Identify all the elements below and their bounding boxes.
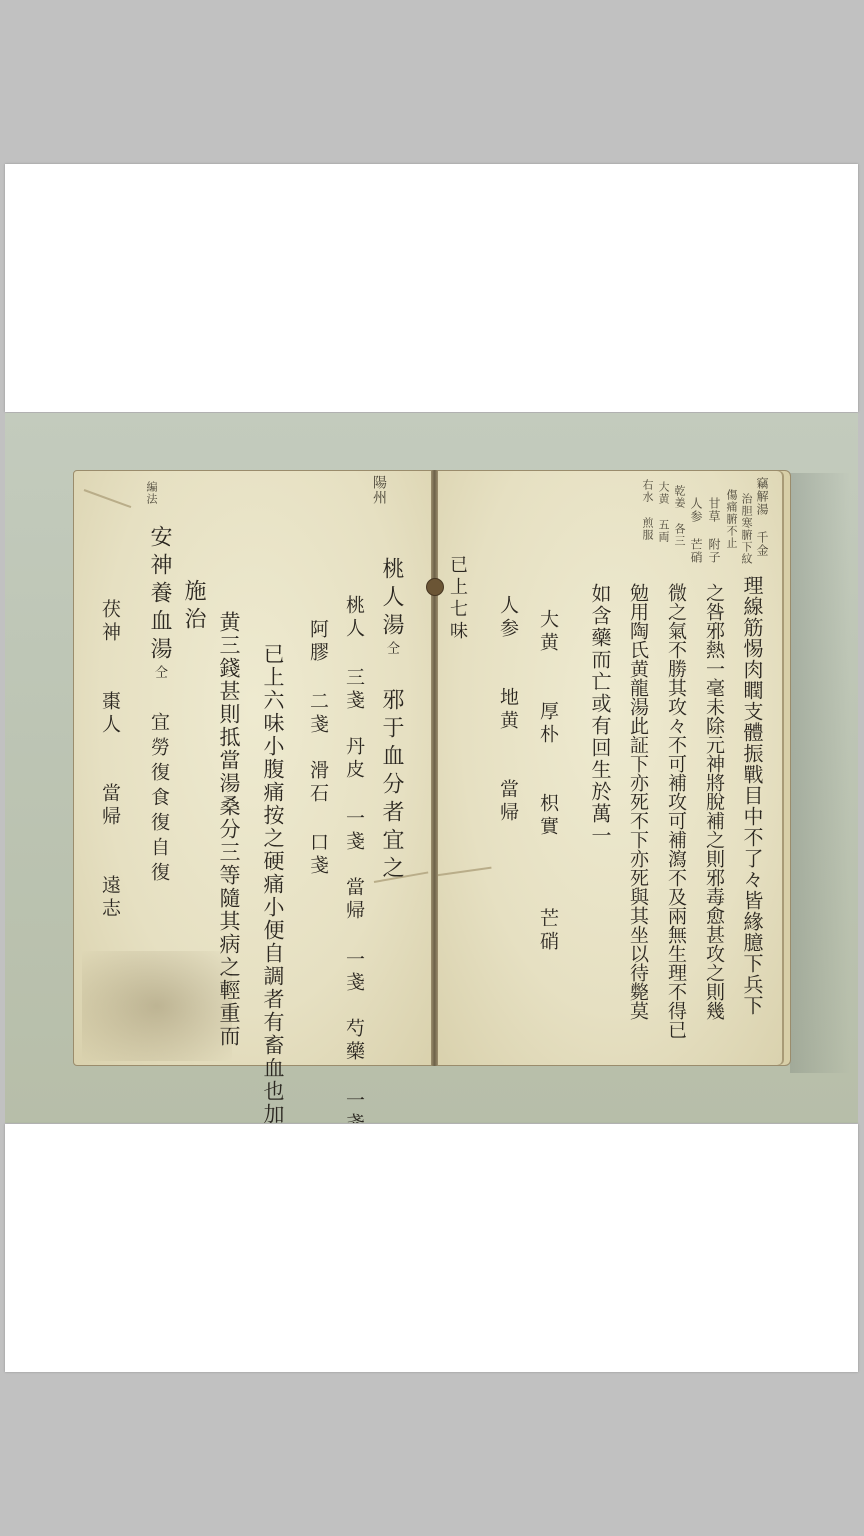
dosage-item: 阿膠 二戔 [307, 619, 329, 737]
ingredient: 芒硝 [537, 908, 559, 954]
ingredient: 地黄 [497, 687, 519, 733]
text-column-2: 之咎邪熱一毫未除元神將脫補之則邪毒愈甚攻之則幾 [704, 583, 723, 1020]
dosage-item: 滑石 口戔 [307, 760, 329, 878]
header-note: 甘草 附子 [708, 497, 720, 564]
paper-tear [432, 867, 492, 877]
left-page: 編法 陽州 桃人湯仝 邪于血分者宜之 桃人 三戔 丹皮 一戔 當帰 一戔 芍藥 … [73, 470, 435, 1066]
binding-thread-knot [426, 578, 444, 596]
ingredient: 遠志 [99, 875, 121, 921]
book-spine [431, 470, 438, 1066]
ingredient: 大黄 [537, 609, 559, 655]
dosage-item: 芍藥 一戔 [343, 1018, 365, 1123]
ingredient: 當帰 [99, 783, 121, 829]
open-book: 編法 陽州 桃人湯仝 邪于血分者宜之 桃人 三戔 丹皮 一戔 當帰 一戔 芍藥 … [73, 470, 793, 1070]
ingredient-column-1: 大黄 厚朴 枳實 芒硝 [538, 609, 557, 954]
section-label: 施治 [182, 579, 204, 635]
ingredient: 枳實 [537, 793, 559, 839]
ingredient: 棗人 [99, 691, 121, 737]
age-stain [82, 951, 232, 1061]
header-note: 右水 煎服 [642, 479, 653, 541]
dosage-column-1: 桃人 三戔 丹皮 一戔 當帰 一戔 芍藥 一戔 [344, 595, 363, 1123]
recipe2-source: 仝 [152, 665, 167, 684]
right-page: 竊解湯 千金 治胆寒腑下紋 傷痛腑不止 甘草 附子 人参 芒硝 乾姜 各三 大黄… [435, 470, 791, 1066]
header-note: 乾姜 各三 [674, 485, 685, 547]
header-note: 竊解湯 千金 [756, 477, 768, 557]
ingredients2-column: 茯神 棗人 當帰 遠志 [100, 599, 119, 921]
manuscript-photo: 編法 陽州 桃人湯仝 邪于血分者宜之 桃人 三戔 丹皮 一戔 當帰 一戔 芍藥 … [5, 413, 858, 1123]
blank-page-bottom [5, 1124, 858, 1372]
dosage-column-2: 阿膠 二戔 滑石 口戔 [308, 619, 327, 878]
text-column-5: 如含藥而亡或有回生於萬一 [590, 583, 610, 847]
ingredient: 當帰 [497, 779, 519, 825]
recipe-title: 桃人湯 [379, 557, 404, 641]
recipe-source: 仝 [384, 641, 399, 660]
recipe2-column: 安神養血湯仝 宜勞復食復自復 [148, 525, 170, 887]
paper-tear [84, 489, 132, 508]
text-column-3: 微之氣不勝其攻々不可補攻可補瀉不及兩無生理不得已 [666, 583, 685, 1039]
ingredient: 茯神 [99, 599, 121, 645]
ingredient: 厚朴 [537, 701, 559, 747]
corner-label: 編法 [146, 481, 157, 505]
text-column-1: 理線筋惕肉瞤支體振戰目中不了々皆緣臆下兵下 [742, 575, 762, 1016]
header-note: 傷痛腑不止 [726, 489, 737, 549]
book-shadow [790, 473, 850, 1073]
text-column-4: 勉用陶氏黄龍湯此証下亦死不下亦死與其坐以待斃莫 [628, 583, 647, 1020]
blank-page-top [5, 164, 858, 412]
header-note: 治胆寒腑下紋 [741, 493, 752, 565]
recipe2-indication: 宜勞復食復自復 [148, 712, 170, 887]
recipe-title-column: 桃人湯仝 邪于血分者宜之 [380, 557, 402, 884]
ingredient-column-2: 人参 地黄 當帰 [498, 595, 517, 825]
dosage-item: 桃人 三戔 [343, 595, 365, 713]
header-note: 大黄 五両 [658, 481, 669, 543]
header-note: 人参 芒硝 [690, 497, 702, 564]
dosage-item: 丹皮 一戔 [343, 736, 365, 854]
dosage-item: 當帰 一戔 [343, 877, 365, 995]
recipe2-title: 安神養血湯 [147, 525, 172, 665]
recipe-indication: 邪于血分者宜之 [379, 688, 404, 884]
note-column-1: 已上六味小腹痛按之硬痛小便自調者有畜血也加大 [262, 643, 283, 1123]
ingredient: 人参 [497, 595, 519, 641]
section-label: 已上七味 [448, 555, 466, 643]
note-column-2: 黄三錢甚則抵當湯桑分三等隨其病之輕重而 [218, 611, 239, 1048]
margin-label: 陽州 [372, 475, 386, 505]
